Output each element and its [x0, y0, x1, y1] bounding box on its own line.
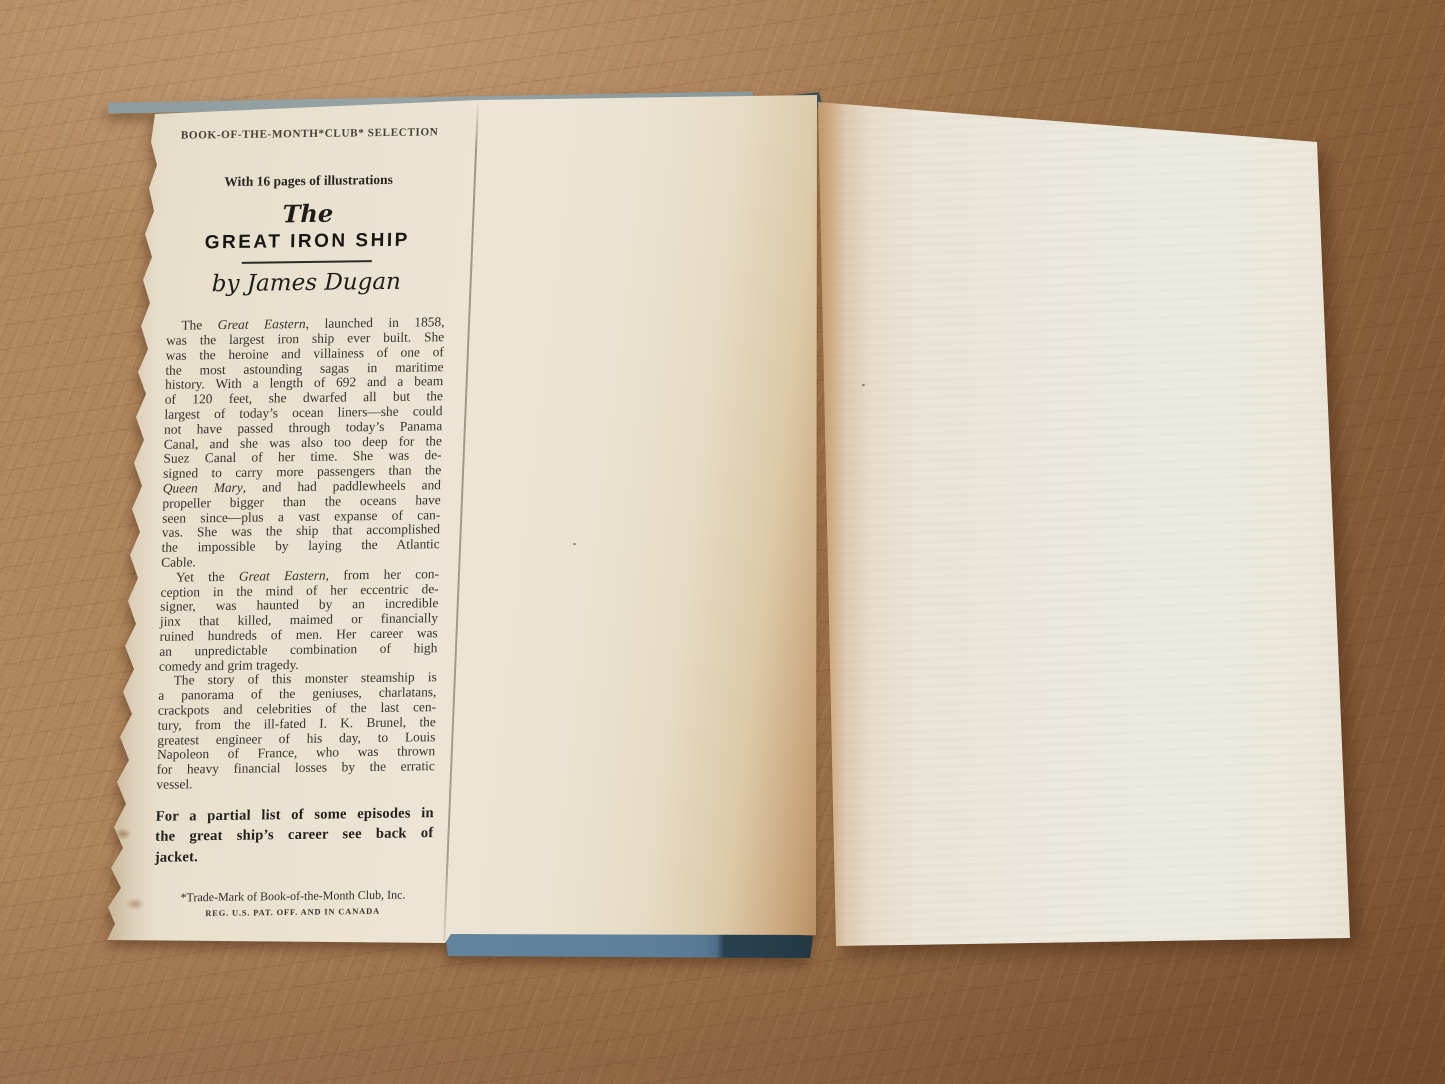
- book-right-side: [0, 0, 1445, 1084]
- paper-speck: [862, 384, 865, 386]
- book-photo: BOOK-OF-THE-MONTH*CLUB* SELECTION With 1…: [0, 0, 1445, 1084]
- right-endpaper-page: [816, 94, 1353, 946]
